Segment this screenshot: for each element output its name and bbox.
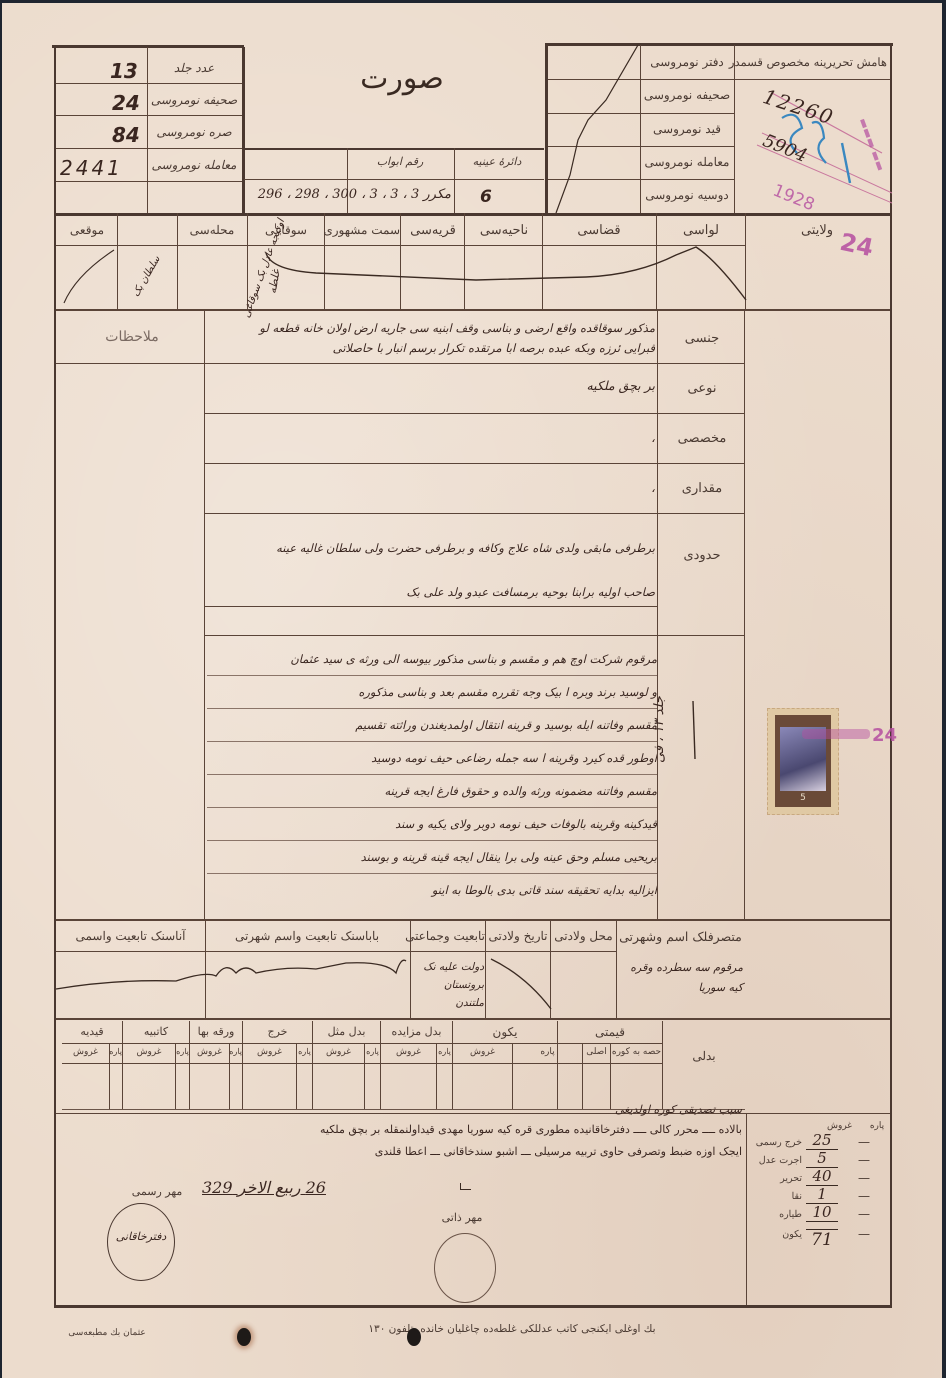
fee-group-label: خرج bbox=[243, 1025, 312, 1038]
fee-group-label: قیمتی bbox=[558, 1025, 662, 1039]
transaction-number-value: 2441 bbox=[60, 156, 123, 180]
cancel-stroke bbox=[548, 45, 643, 215]
notes-col-line bbox=[204, 311, 205, 921]
document-title: صورت bbox=[302, 61, 502, 96]
fee-sub-label: غروش bbox=[62, 1047, 109, 1057]
transaction-number-label: معامله نومروسی bbox=[642, 155, 732, 169]
para-header: پاره bbox=[867, 1121, 887, 1131]
prop-row-line bbox=[205, 606, 658, 607]
prop-row-line bbox=[205, 463, 745, 464]
fee-sub-label: پاره bbox=[110, 1047, 122, 1056]
punch-hole-left bbox=[237, 1328, 251, 1346]
label-col-line bbox=[657, 311, 658, 921]
type-value: مذکور سوقاقده واقع ارضی و بناسی وقف ابنی… bbox=[207, 321, 655, 335]
owner-cancel-strokes bbox=[56, 951, 616, 1019]
row-number-value: 84 bbox=[112, 123, 140, 147]
owner-name-value: مرقوم سه سطرده وقره کیه سوریا bbox=[618, 958, 743, 998]
fee-row-para: — bbox=[858, 1207, 870, 1221]
location-header: موقعی bbox=[58, 223, 116, 237]
printer-address: بك اوغلی ایکنجی کاتب عدللکی غلطه‌ده چاغل… bbox=[302, 1323, 722, 1335]
birthplace-header: محل ولادتی bbox=[551, 929, 616, 943]
fee-row-label: طیاره bbox=[748, 1209, 802, 1220]
prop-row-line bbox=[205, 513, 745, 514]
fee-col bbox=[662, 1021, 663, 1109]
top-left-left-border bbox=[54, 47, 56, 215]
printer-name: عثمان بك مطبعه‌سی bbox=[62, 1328, 152, 1338]
office-row-top bbox=[244, 148, 544, 150]
transaction-number-label: معامله نومروسی bbox=[150, 158, 238, 172]
row-line bbox=[56, 181, 242, 182]
notes-label: ملاحظات bbox=[82, 329, 182, 345]
deed-document: عدد جلد 13 صحیفه نومروسی 24 صره نومروسی … bbox=[2, 3, 942, 1378]
kind-value: بر بچق ملکیه bbox=[207, 378, 655, 393]
fee-sub-label: پاره bbox=[437, 1047, 452, 1056]
narrative-block: مرقوم شرکت اوچ هم و مقسم و بناسی مذکور ب… bbox=[207, 643, 657, 906]
fee-sub-label: پاره bbox=[230, 1047, 242, 1056]
location-top-border bbox=[54, 213, 892, 216]
record-number-label: قید نومروسی bbox=[642, 122, 732, 136]
fee-sub-label: پاره bbox=[297, 1047, 312, 1056]
fee-row-para: — bbox=[858, 1189, 870, 1203]
closing-line-0: سبب تصدیقی کوره اولدیغی bbox=[462, 1103, 742, 1116]
fee-row-label: نقا bbox=[748, 1191, 802, 1202]
notes-divider bbox=[56, 363, 204, 364]
type-label: جنسی bbox=[662, 331, 742, 346]
fee-sub-label: پاره bbox=[513, 1047, 582, 1057]
district-header: لواسی bbox=[658, 223, 744, 238]
gates-header: رقم ابواب bbox=[350, 155, 450, 168]
label-col-line-right bbox=[744, 311, 745, 921]
fee-total-kurus: 71 bbox=[806, 1229, 838, 1250]
fee-row-kurus: 1 bbox=[806, 1185, 838, 1204]
personal-seal-circle[interactable] bbox=[434, 1233, 496, 1303]
office-col-line bbox=[454, 148, 455, 215]
margin-header: هامش تحریرینه مخصوص قسمدر bbox=[737, 55, 887, 69]
revenue-stamp: 5 bbox=[767, 708, 839, 815]
fee-row-kurus: 40 bbox=[806, 1167, 838, 1186]
location-cancel-strokes bbox=[56, 245, 890, 309]
official-seal-text: دفترخاقانی bbox=[108, 1230, 174, 1243]
fees-sub-line2 bbox=[62, 1063, 662, 1064]
side-note-stroke bbox=[690, 701, 700, 761]
file-number-label: دوسیه نومروسی bbox=[642, 188, 732, 202]
row-number-label: صره نومروسی bbox=[150, 125, 238, 139]
prop-row-line bbox=[205, 413, 745, 414]
fee-group-label: ورقه بها bbox=[190, 1025, 242, 1038]
owner-name-header: متصرفلک اسم وشهرتی bbox=[618, 929, 743, 944]
quantity-value: ، bbox=[207, 481, 655, 495]
fee-group-label: قیدیه bbox=[62, 1025, 122, 1038]
stamp-overprint-mark bbox=[802, 729, 870, 739]
issue-date: 26 ربیع الاخر 329 bbox=[202, 1178, 326, 1197]
volume-value: 13 bbox=[110, 59, 138, 83]
fee-row-para: — bbox=[858, 1171, 870, 1185]
narrative-line: و لوسید برند وبره ا بیک وجه تقرره مقسم ب… bbox=[207, 676, 657, 709]
fee-summary-rows: خرج رسمی 25 — اجرت عدل 5 — تحریر 40 — نق… bbox=[748, 1135, 888, 1265]
fee-sub-label: غروش bbox=[381, 1047, 436, 1057]
fees-table: بدلی قیمتی یکون بدل مزایده بدل مثل خرج و… bbox=[62, 1021, 745, 1109]
fee-group-label: بدلی bbox=[664, 1049, 744, 1063]
fee-sub-label: غروش bbox=[190, 1047, 229, 1057]
fee-group-label: یکون bbox=[453, 1025, 557, 1039]
fee-row-para: — bbox=[858, 1153, 870, 1167]
boundaries-label: حدودی bbox=[662, 548, 742, 563]
prop-row-line bbox=[205, 363, 745, 364]
top-left-divider bbox=[147, 47, 148, 215]
fee-row-kurus: 10 bbox=[806, 1203, 838, 1222]
fee-sub-label: غروش bbox=[123, 1047, 175, 1057]
punch-hole-right bbox=[407, 1328, 421, 1346]
page-number-label: صحیفه نومروسی bbox=[642, 88, 732, 102]
stamp-overprint-day: 24 bbox=[872, 725, 897, 746]
narrative-line: مقسم وفاتنه ایله بوسید و قرینه انتقال او… bbox=[207, 709, 657, 742]
ledger-number-label: دفتر نومروسی bbox=[642, 55, 732, 69]
narrative-bottom-line bbox=[56, 919, 890, 921]
kurus-header: غروش bbox=[822, 1121, 857, 1131]
office-row-mid bbox=[244, 179, 544, 180]
narrative-line: قیدکینه وقرینه بالوفات حیف نومه دوبر ولا… bbox=[207, 808, 657, 841]
nationality-header: تابعیت وجماعتی bbox=[411, 929, 485, 943]
fee-group-label: بدل مثل bbox=[313, 1025, 380, 1038]
official-seal-label: مهر رسمی bbox=[127, 1185, 187, 1198]
county-header: قضاسی bbox=[544, 223, 654, 238]
closing-line-1: بالاده ــــ محرر کالی ــــ دفترخاقانیده … bbox=[62, 1123, 742, 1136]
known-area-header: سمت مشهوری bbox=[326, 223, 400, 237]
fee-summary-divider bbox=[746, 1113, 747, 1307]
fee-row-kurus: 25 bbox=[806, 1131, 838, 1150]
quantity-label: مقداری bbox=[662, 481, 742, 496]
fee-sub-label: غروش bbox=[243, 1047, 296, 1057]
province-header: ولایتی bbox=[747, 223, 887, 238]
fee-row-label: اجرت عدل bbox=[748, 1155, 802, 1166]
fee-row-para: — bbox=[858, 1135, 870, 1149]
register-col-line bbox=[734, 45, 735, 215]
narrative-line: اوطور قده کیرد وقرینه ا سه جمله رضاعی حی… bbox=[207, 742, 657, 775]
village-header: قریه‌سی bbox=[402, 223, 464, 238]
allocation-label: مخصصی bbox=[662, 431, 742, 446]
page-number-label: صحیفه نومروسی bbox=[150, 93, 238, 107]
fee-total-label: یکون bbox=[748, 1229, 802, 1240]
owner-col-line bbox=[616, 921, 617, 1019]
fee-sub-label: اصلی bbox=[583, 1047, 610, 1057]
fee-row-label: تحریر bbox=[748, 1173, 802, 1184]
row-line bbox=[56, 148, 242, 149]
narrative-line: مقسم وفاتنه مضمونه ورثه والده و حقوق فار… bbox=[207, 775, 657, 808]
allocation-value: ، bbox=[207, 431, 655, 445]
page-number-value: 24 bbox=[112, 91, 140, 115]
gates-value: 296 ، 298 ، 300 ، 3 ، 3 ، 3 مکرر bbox=[246, 187, 451, 202]
fee-group-label: بدل مزایده bbox=[381, 1025, 452, 1038]
kind-label: نوعی bbox=[662, 381, 742, 396]
type-value-line2: قبرایی ئرزه وبکه عبده برصه ابا مرتقده تک… bbox=[192, 341, 655, 355]
narrative-line: بریحیی مسلم وحق عینه ولی برا ینقال ایجه … bbox=[207, 841, 657, 874]
narrative-top-line bbox=[205, 635, 745, 636]
personal-seal-label: مهر ذاتی bbox=[432, 1211, 492, 1224]
closing-line-2: ایجک اوزه ضبط وتصرفی حاوی تربیه مرسیلی ـ… bbox=[202, 1145, 742, 1158]
top-left-right-border bbox=[242, 47, 245, 215]
page-bottom-border bbox=[54, 1305, 892, 1308]
street-header: سوقاغی bbox=[249, 223, 323, 237]
mother-header: آناسنک تابعیت واسمی bbox=[58, 929, 203, 943]
boundaries-note: صاحب اولیه برابنا بوحیه برمسافت عبدو ولد… bbox=[207, 585, 655, 599]
subdistrict-header: ناحیه‌سی bbox=[466, 223, 542, 238]
office-header: دائرهٔ عینیه bbox=[457, 155, 537, 168]
location-bottom-line bbox=[56, 309, 890, 311]
neighborhood-header: محله‌سی bbox=[179, 223, 245, 237]
top-left-top-border bbox=[52, 45, 244, 48]
row-line bbox=[56, 83, 242, 84]
office-value: 6 bbox=[480, 187, 492, 207]
fee-sub-label: غروش bbox=[453, 1047, 512, 1057]
seal-mark bbox=[460, 1183, 471, 1190]
narrative-line: ایزالیه بدایه تحقیقه سند قاتی بدی بالوطا… bbox=[207, 874, 657, 906]
fee-sub-label: حصه به کوره bbox=[611, 1047, 662, 1057]
fee-row-total: یکون 71 — bbox=[748, 1227, 888, 1249]
fee-group-label: کاتبیه bbox=[123, 1025, 189, 1038]
official-seal: دفترخاقانی bbox=[107, 1203, 175, 1281]
office-col-line bbox=[347, 148, 348, 215]
row-line bbox=[56, 115, 242, 116]
narrative-side-note: جلد ۱۳ ، فی bbox=[652, 696, 667, 763]
boundaries-value: برطرفی مابقی ولدی شاه علاج وکافه و برطرف… bbox=[202, 541, 655, 555]
fee-sub-label: غروش bbox=[313, 1047, 364, 1057]
fee-row-kurus: 5 bbox=[806, 1149, 838, 1168]
fee-sub-label: پاره bbox=[176, 1047, 189, 1056]
birthdate-header: تاریخ ولادتی bbox=[486, 929, 550, 943]
fee-total-para: — bbox=[858, 1227, 870, 1241]
volume-label: عدد جلد bbox=[150, 61, 238, 75]
fee-sub-label: پاره bbox=[365, 1047, 380, 1056]
page-left-border bbox=[54, 213, 56, 1307]
stamp-denomination: 5 bbox=[775, 793, 831, 803]
fee-row: طیاره 10 — bbox=[748, 1207, 888, 1225]
narrative-line: مرقوم شرکت اوچ هم و مقسم و بناسی مذکور ب… bbox=[207, 643, 657, 676]
father-header: باباسنک تابعیت واسم شهرتی bbox=[207, 929, 407, 943]
fee-row-label: خرج رسمی bbox=[748, 1137, 802, 1148]
fees-sub-line bbox=[62, 1043, 662, 1044]
